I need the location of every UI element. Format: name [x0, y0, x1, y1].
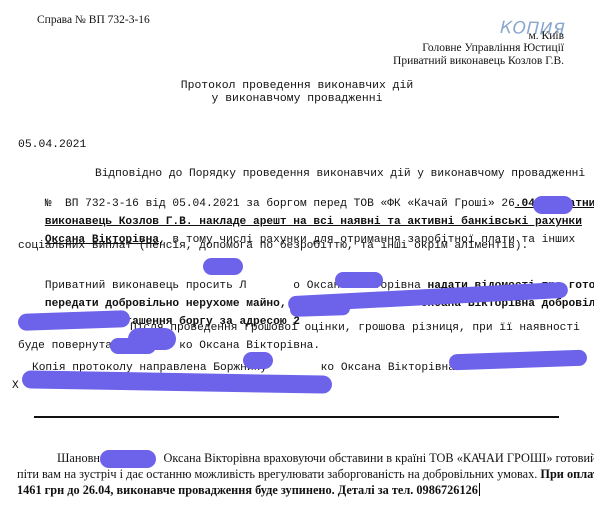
paragraph1-line1: Відповідно до Порядку проведення виконав…	[95, 168, 585, 180]
redaction-mark	[290, 301, 350, 317]
executor-name: Приватний виконавець Козлов Г.В.	[393, 55, 564, 67]
redaction-mark	[449, 350, 587, 371]
redaction-mark	[243, 352, 273, 369]
closing-line3-bold: 1461 грн до 26.04, виконавче провадження…	[17, 483, 478, 497]
horizontal-rule	[34, 416, 559, 418]
redaction-mark	[203, 258, 243, 275]
closing-line3: 1461 грн до 26.04, виконавче провадження…	[17, 483, 480, 498]
closing-line2: піти вам на зустріч і дає останню можлив…	[17, 467, 594, 482]
redaction-mark	[533, 196, 573, 214]
document-date: 05.04.2021	[18, 139, 86, 151]
paragraph3-line2: Х	[12, 380, 19, 392]
paragraph1-line5: соціальних виплат (пенсія, допомога по б…	[18, 240, 528, 252]
closing-line2-text: піти вам на зустріч і дає останню можлив…	[17, 467, 540, 481]
case-number: Справа № ВП 732-3-16	[37, 14, 150, 26]
closing-line2-bold: При оплаті	[540, 467, 594, 481]
closing-line1-b: Оксана Вікторівна враховуючи обставини в…	[163, 451, 594, 465]
paragraph2-line4: Після проведення грошової оцінки, грошов…	[130, 322, 580, 334]
redaction-mark	[100, 450, 156, 468]
document-title: Протокол проведення виконавчих дій	[0, 80, 594, 92]
closing-line1-a: Шановна	[57, 451, 105, 465]
text-cursor	[479, 483, 480, 496]
redaction-mark	[335, 272, 383, 288]
redaction-mark	[110, 338, 156, 354]
document-subtitle: у виконавчому провадженні	[0, 93, 594, 105]
department: Головне Управління Юстиції	[422, 42, 564, 54]
city: м. Київ	[529, 30, 564, 42]
